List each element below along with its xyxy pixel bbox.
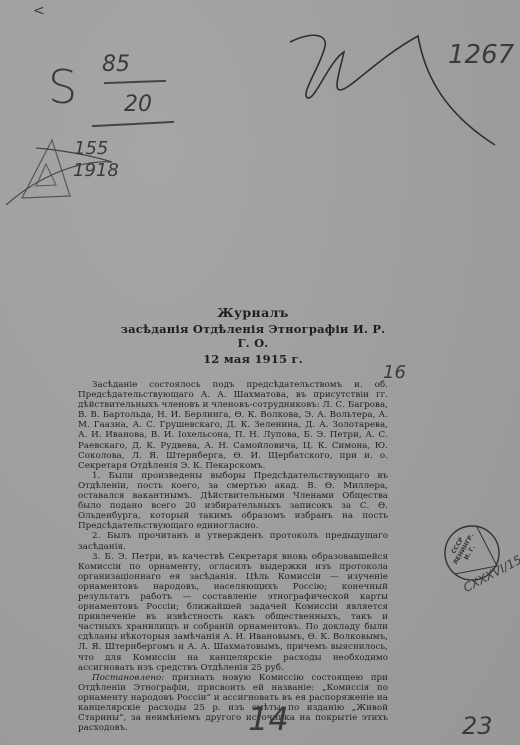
shelf-numerator: 85 — [102, 52, 130, 77]
document-body: Журналъ засѣданія Отдѣленія Этнографіи И… — [78, 305, 388, 733]
inventory-number: 155 — [74, 138, 108, 159]
scanned-page: < S 85 20 155 1918 1267 16 СССР ЛЕНИНГР.… — [0, 0, 520, 745]
shelf-letter: S — [48, 60, 77, 114]
paragraph-item-3: 3. Б. Э. Петри, въ качествѣ Секретаря вн… — [78, 552, 388, 673]
document-date: 12 мая 1915 г. — [118, 352, 388, 366]
paragraph-item-2: 2. Былъ прочитанъ и утвержденъ протоколъ… — [78, 531, 388, 551]
inventory-year: 1918 — [73, 160, 119, 181]
corner-mark: < — [33, 3, 45, 19]
shelf-denominator: 20 — [124, 92, 152, 117]
paragraph-resolution: Постановлено: признать новую Комиссію со… — [78, 673, 388, 734]
signature-number: 1267 — [448, 40, 514, 70]
page-number: 14 — [248, 700, 289, 738]
minutes-text: Засѣданіе состоялось подъ предсѣдательст… — [78, 380, 388, 733]
paragraph-item-1: 1. Были произведены выборы Предсѣдательс… — [78, 471, 388, 532]
resolution-label: Постановлено: — [92, 673, 164, 683]
document-title: Журналъ — [118, 305, 388, 320]
document-subtitle: засѣданія Отдѣленія Этнографіи И. Р. Г. … — [118, 322, 388, 350]
paragraph-attendance: Засѣданіе состоялось подъ предсѣдательст… — [78, 380, 388, 471]
sheet-number: 23 — [462, 712, 493, 740]
